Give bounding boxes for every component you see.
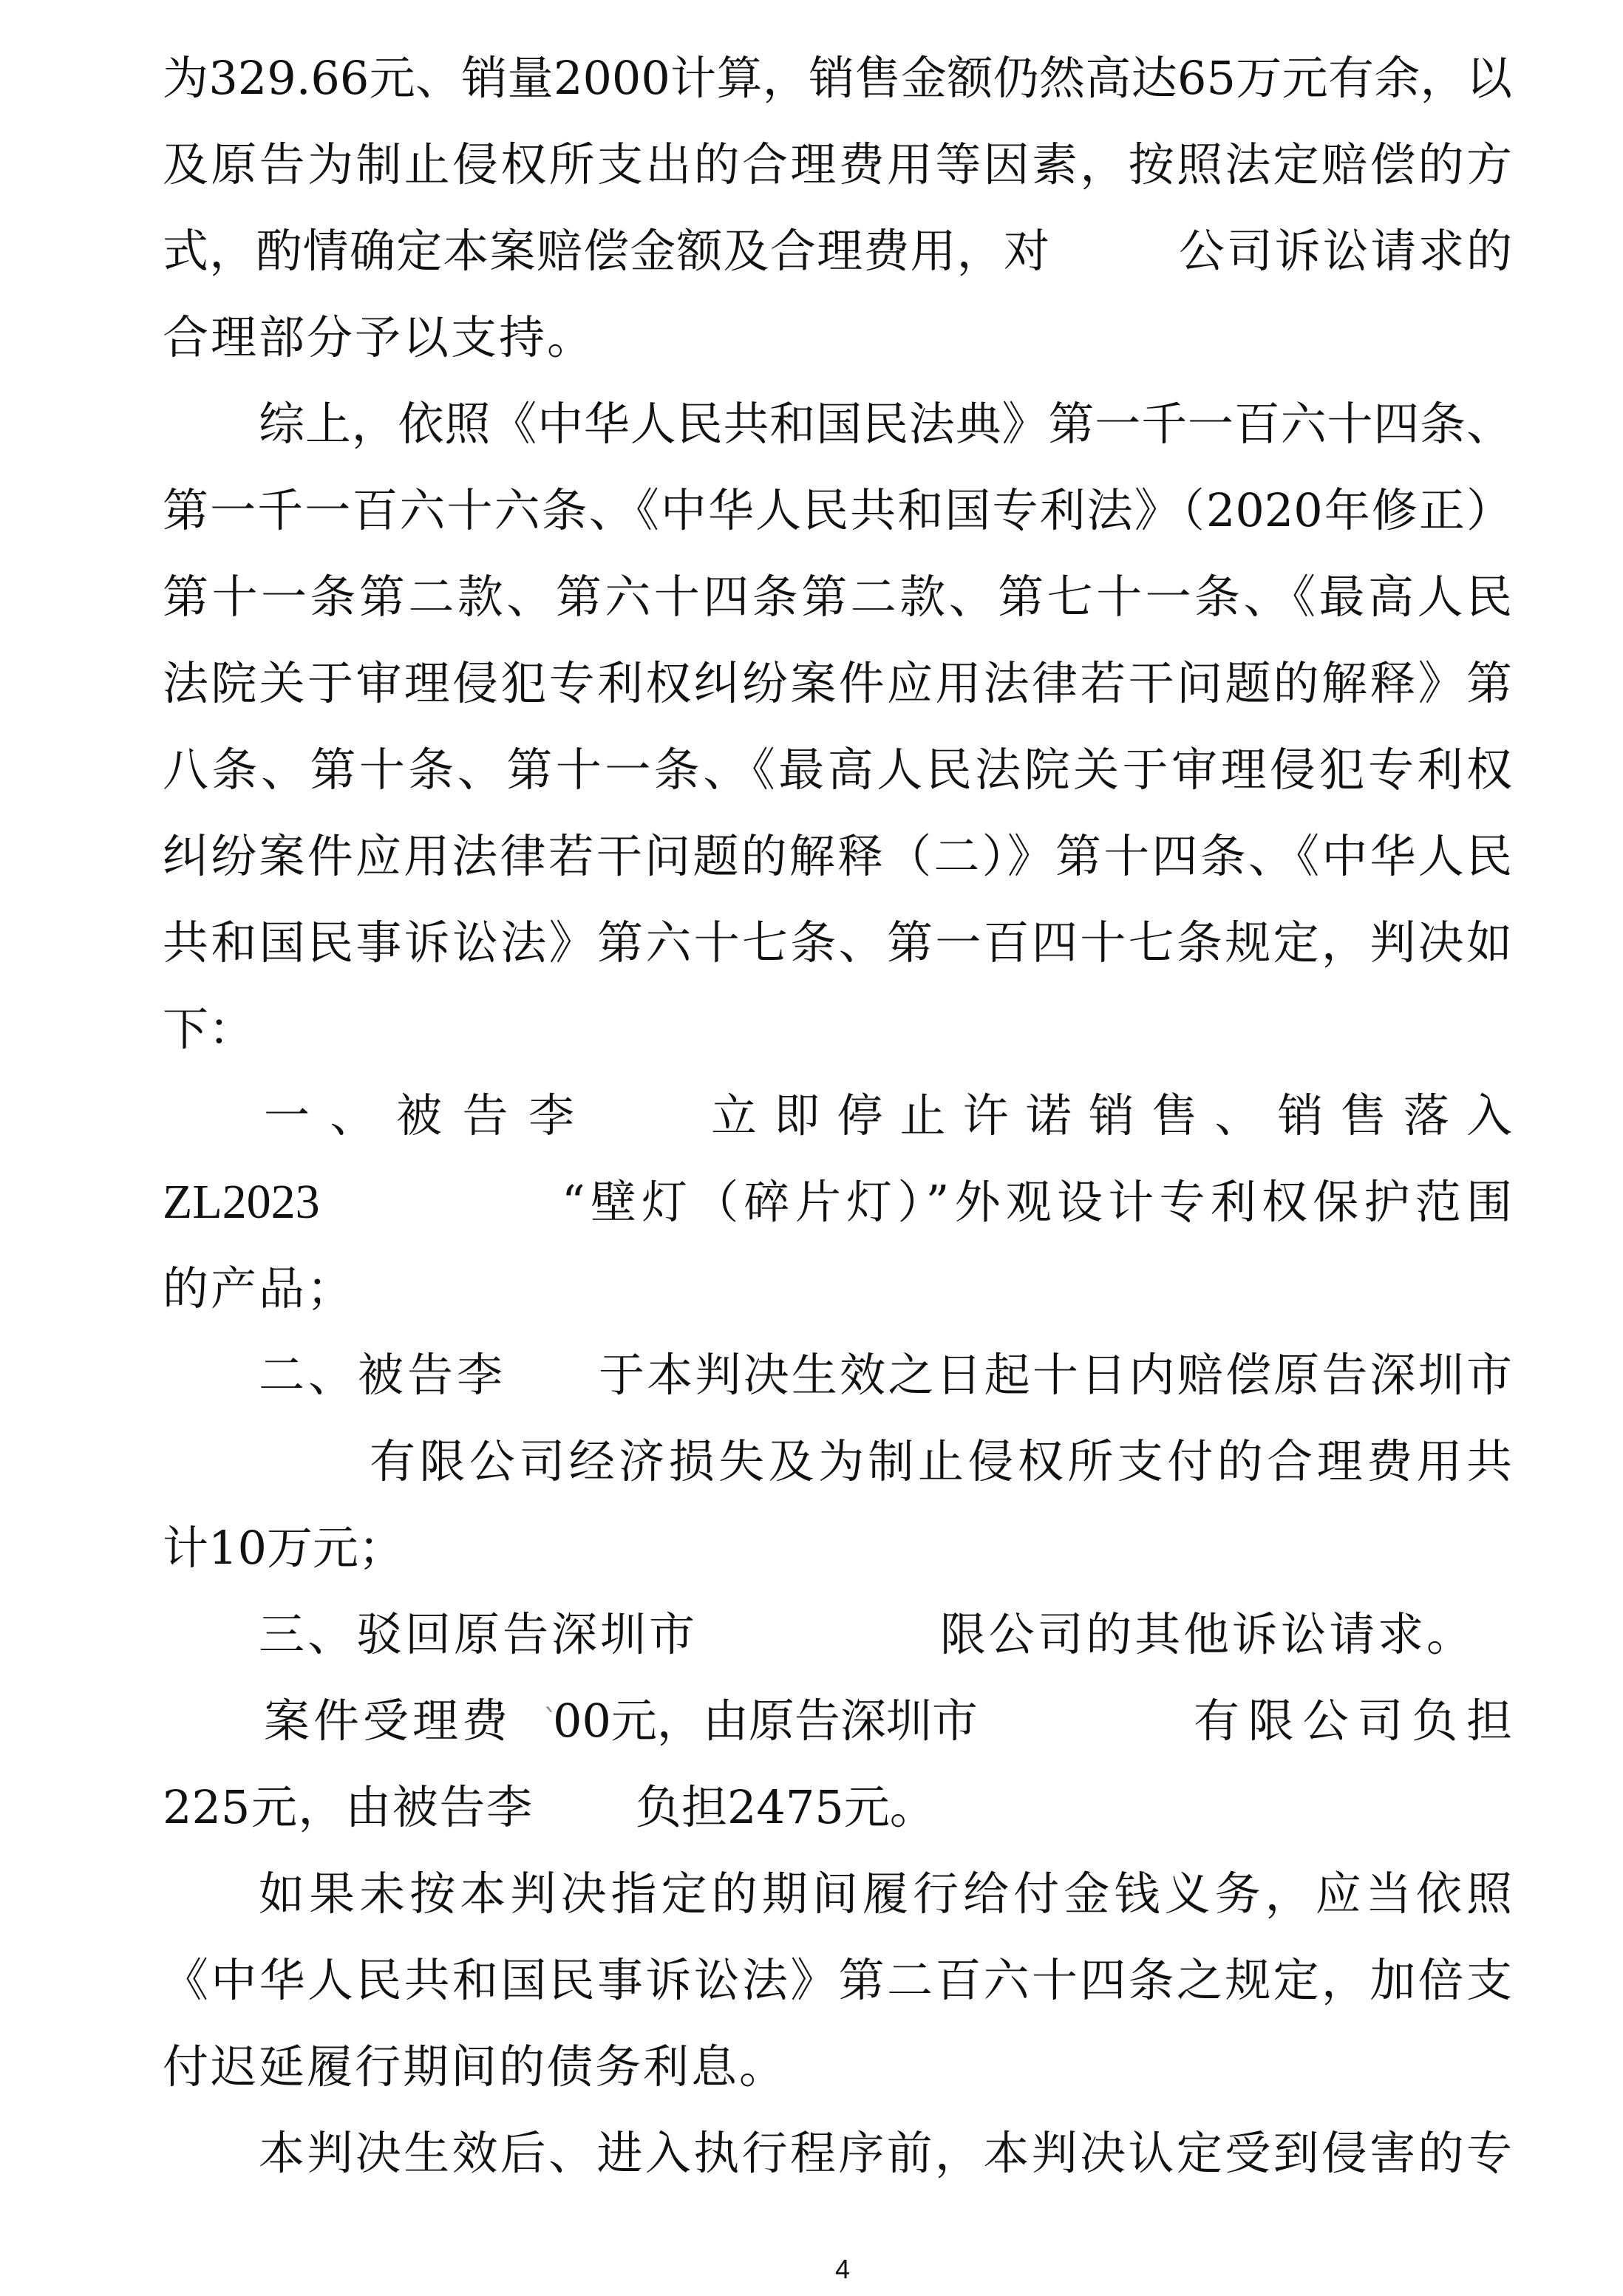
text-line: 如果未按本判决指定的期间履行给付金钱义务，应当依照: [259, 1864, 1512, 1924]
text-segment: 有限公司负担: [1194, 1692, 1512, 1751]
page-number: 4: [828, 2254, 857, 2285]
text-line: 《中华人民共和国民事诉讼法》第二百六十四条之规定，加倍支: [163, 1951, 1512, 2010]
text-line: 共和国民事诉讼法》第六十七条、第一百四十七条规定，判决如: [163, 913, 1512, 972]
text-line: 计10万元；: [163, 1519, 1512, 1578]
text-line: ZL2023 “壁灯（碎片灯）”外观设计专利权保护范围: [163, 1173, 1512, 1232]
text-line: 及原告为制止侵权所支出的合理费用等因素，按照法定赔偿的方: [163, 135, 1512, 194]
text-line: 八条、第十条、第十一条、《最高人民法院关于审理侵犯专利权: [163, 740, 1512, 800]
text-line: 式，酌情确定本案赔偿金额及合理费用，对 公司诉讼请求的: [163, 222, 1512, 281]
text-segment: 公司诉讼请求的: [1179, 222, 1512, 281]
text-segment: 于本判决生效之日起十日内赔偿原告深圳市: [599, 1346, 1512, 1405]
text-line: 付迟延履行期间的债务利息。: [163, 2037, 1512, 2096]
text-line: 第一千一百六十六条、《中华人民共和国专利法》（2020年修正）: [163, 481, 1512, 540]
text-segment: 案件受理费: [264, 1692, 508, 1751]
text-segment: 三、驳回原告深圳市: [259, 1605, 695, 1664]
text-line: 第十一条第二款、第六十四条第二款、第七十一条、《最高人民: [163, 568, 1512, 627]
text-line: 下：: [163, 1000, 1512, 1059]
judgment-item-3: 三、驳回原告深圳市 有 限公司的其他诉讼请求。: [163, 1605, 1512, 1664]
text-segment: 立即停止许诺销售、销售落入: [711, 1086, 1512, 1145]
text-line: 本判决生效后、进入执行程序前，本判决认定受到侵害的专: [259, 2124, 1512, 2183]
text-line: 有限公司经济损失及为制止侵权所支付的合理费用共: [370, 1432, 1512, 1491]
text-line: 为329.66元、销量2000计算，销售金额仍然高达65万元有余，以: [163, 49, 1512, 108]
text-line: 法院关于审理侵犯专利权纠纷案件应用法律若干问题的解释》第: [163, 654, 1512, 713]
text-segment: 225元，由被告李: [163, 1778, 532, 1837]
text-segment: 二、被告李: [259, 1346, 503, 1405]
text-segment: 负担2475元。: [636, 1778, 928, 1837]
text-line: 225元，由被告李 负担2475元。: [163, 1778, 1512, 1837]
patent-number-prefix: ZL2023: [163, 1173, 310, 1232]
text-line: 合理部分予以支持。: [163, 308, 1512, 367]
text-segment: 00元，由原告深圳市: [553, 1692, 967, 1751]
text-segment: 式，酌情确定本案赔偿金额及合理费用，对: [163, 222, 1049, 281]
text-line: 纠纷案件应用法律若干问题的解释（二）》第十四条、《中华人民: [163, 827, 1512, 886]
text-segment: “壁灯（碎片灯）”外观设计专利权保护范围: [562, 1173, 1512, 1232]
judgment-item-2: 二、被告李 于本判决生效之日起十日内赔偿原告深圳市: [163, 1346, 1512, 1405]
text-line: 综上，依照《中华人民共和国民法典》第一千一百六十四条、: [259, 395, 1512, 454]
text-segment: 一、被告李: [264, 1086, 574, 1145]
text-line: 的产品；: [163, 1259, 1512, 1318]
court-fee-line: 案件受理费 ˋ 00元，由原告深圳市 有限公司负担: [163, 1692, 1512, 1751]
text-segment: 限公司的其他诉讼请求。: [940, 1605, 1472, 1664]
document-page: 为329.66元、销量2000计算，销售金额仍然高达65万元有余，以 及原告为制…: [0, 0, 1623, 2296]
judgment-item-1: 一、被告李 立即停止许诺销售、销售落入: [163, 1086, 1512, 1145]
